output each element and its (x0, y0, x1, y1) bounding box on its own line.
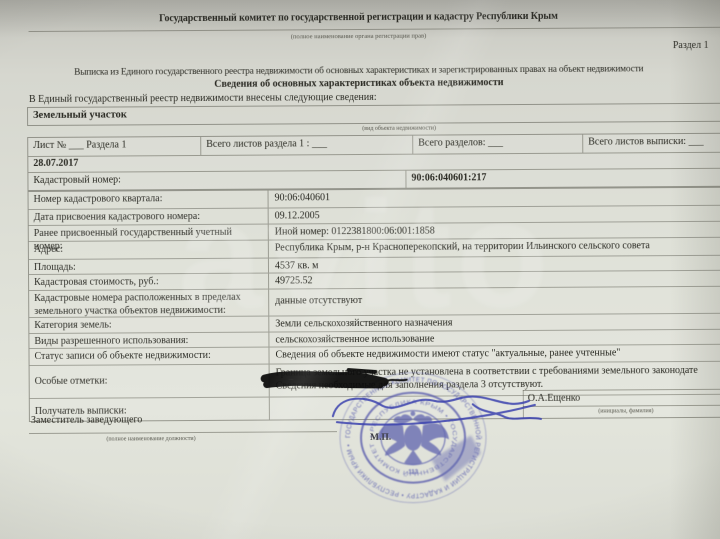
table-row: Кадастровые номера расположенных в преде… (29, 286, 720, 317)
row-value: данные отсутствуют (269, 287, 720, 316)
section-label: Раздел 1 (673, 40, 709, 51)
row-label: Площадь: (29, 259, 269, 274)
sheet-info-table: Лист № ___ Раздела 1 Всего листов раздел… (27, 133, 720, 191)
object-type-box: Земельный участок (27, 103, 720, 126)
row-value: Иной номер: 0122381800:06:001:1858 (269, 222, 720, 240)
row-value: 4537 кв. м (269, 256, 720, 273)
row-label: Кадастровые номера расположенных в преде… (29, 290, 269, 317)
position-caption: (полное наименование должности) (56, 436, 246, 443)
row-value: сельскохозяйственное использование (269, 330, 720, 347)
stamp-number: 113 (408, 470, 418, 476)
cadastral-number-value: 90:06:040601:217 (405, 169, 720, 188)
row-label: Особые отметки: (30, 365, 270, 398)
row-value: 09.12.2005 (269, 206, 720, 224)
extract-title-line2: Сведения об основных характеристиках объ… (0, 76, 719, 91)
stamp-place-mark: М.П. (370, 433, 391, 443)
cadastral-number-label: Кадастровый номер: (28, 171, 405, 190)
section-sheets-cell: Всего листов раздела 1 : ___ (200, 136, 412, 155)
row-value: 49725.52 (269, 271, 720, 289)
row-value: Земли сельскохозяйственного назначения (269, 314, 720, 332)
position-underline (29, 431, 337, 434)
row-label: Статус записи об объекте недвижимости: (29, 348, 269, 365)
intro-line: В Единый государственный реестр недвижим… (29, 92, 377, 105)
row-label: Виды разрешенного использования: (29, 333, 269, 348)
handwritten-signature (323, 383, 558, 430)
sheet-number-cell: Лист № ___ Раздела 1 (28, 137, 200, 156)
row-value: 90:06:040601 (269, 188, 720, 208)
document-photo: avito Государственный комитет по государ… (0, 0, 720, 539)
org-name: Государственный комитет по государственн… (0, 10, 718, 25)
total-sections-cell: Всего разделов: ___ (412, 135, 582, 154)
egrn-extract-document: avito Государственный комитет по государ… (0, 0, 720, 539)
position-title: Заместитель заведующего (31, 414, 142, 426)
total-sheets-cell: Всего листов выписки: ___ (582, 134, 720, 153)
row-label: Номер кадастрового квартала: (29, 191, 269, 209)
row-label: Адрес: (29, 241, 269, 259)
row-label: Кадастровая стоимость, руб.: (29, 274, 269, 290)
row-value: Республика Крым, р-н Красноперекопский, … (269, 238, 720, 258)
signer-caption: (инициалы, фамилия) (546, 408, 706, 415)
object-type-caption: (вид объекта недвижимости) (299, 125, 499, 132)
org-caption: (полное наименование органа регистрации … (0, 31, 719, 42)
row-label: Категория земель: (29, 317, 269, 333)
row-label: Ранее присвоенный государственный учетны… (29, 225, 269, 241)
row-value: Сведения об объекте недвижимости имеют с… (269, 345, 720, 364)
row-label: Дата присвоения кадастрового номера: (29, 209, 269, 225)
